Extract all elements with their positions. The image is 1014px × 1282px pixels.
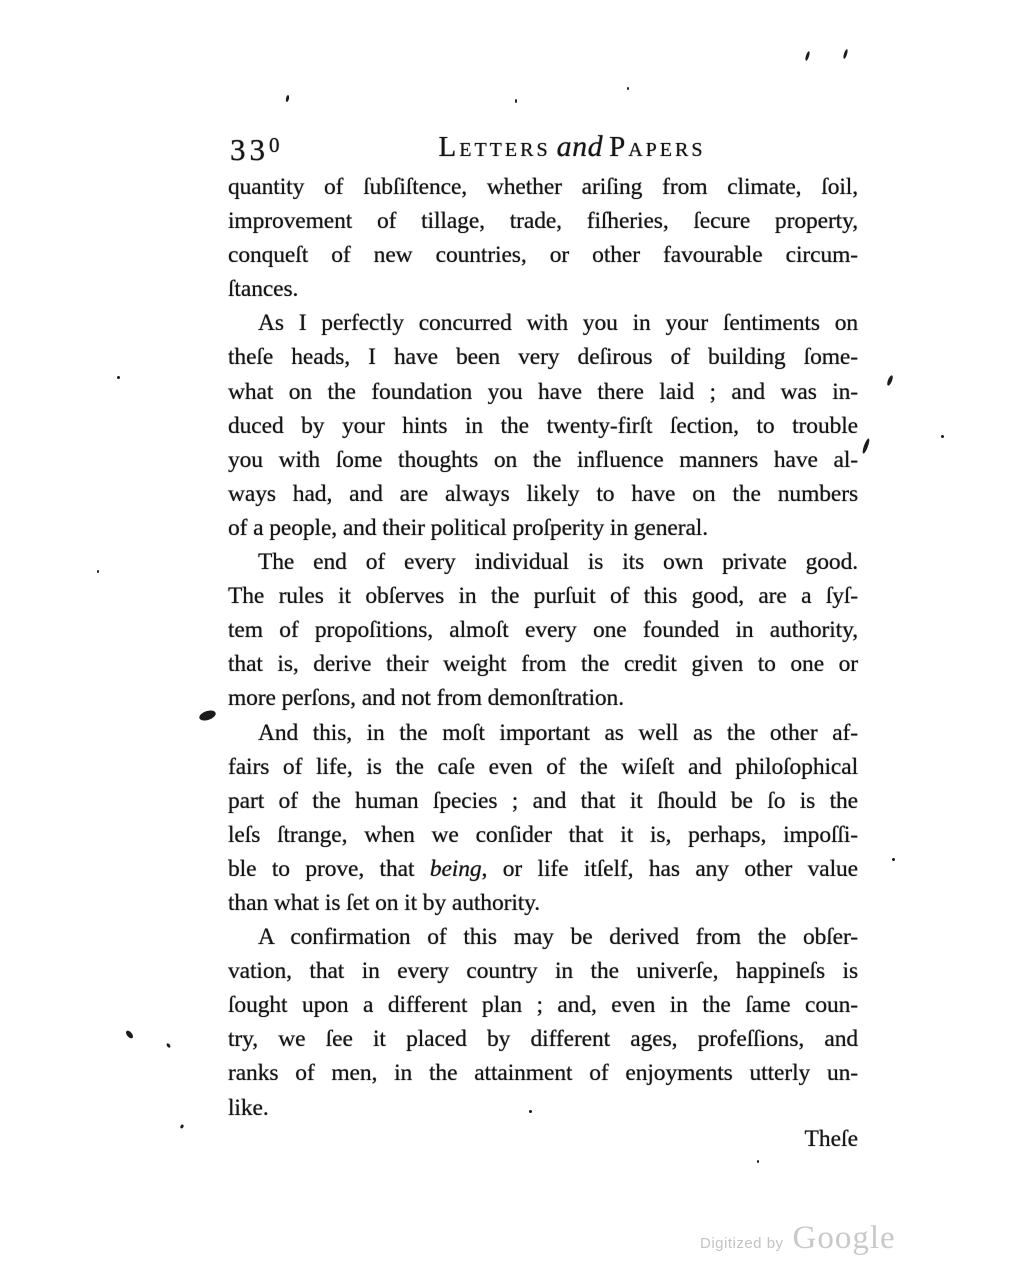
ink-speck <box>886 375 894 387</box>
ink-speck <box>97 570 99 573</box>
text-line: what on the foundation you have there la… <box>228 375 858 409</box>
google-logo: Google <box>793 1220 896 1257</box>
text-line: leſs ſtrange, when we conſider that it i… <box>228 818 858 852</box>
running-header-conjunction: and <box>551 130 610 163</box>
text-line: ſought upon a different plan ; and, even… <box>228 988 858 1022</box>
running-header: LettersandPapers <box>228 130 858 164</box>
ink-speck <box>180 1124 185 1129</box>
text-line: you with ſome thoughts on the influence … <box>228 443 858 477</box>
ink-speck <box>529 1110 532 1113</box>
watermark-prefix: Digitized by <box>700 1235 784 1252</box>
text-line: ſtances. <box>228 272 858 306</box>
ink-speck <box>627 87 629 90</box>
text-line: The rules it obſerves in the purſuit of … <box>228 579 858 613</box>
ink-speck <box>843 49 849 59</box>
text-line: quantity of ſubſiſtence, whether ariſing… <box>228 170 858 204</box>
text-line: ble to prove, that being, or life itſelf… <box>228 852 858 886</box>
text-line: try, we ſee it placed by different ages,… <box>228 1022 858 1056</box>
text-line: like. <box>228 1091 858 1125</box>
ink-speck <box>198 709 217 723</box>
text-line: And this, in the moſt important as well … <box>228 716 858 750</box>
text-line: conqueſt of new countries, or other favo… <box>228 238 858 272</box>
text-line: theſe heads, I have been very deſirous o… <box>228 340 858 374</box>
text-line: duced by your hints in the twenty-firſt … <box>228 409 858 443</box>
ink-speck <box>515 99 517 103</box>
text-line: than what is ſet on it by authority. <box>228 886 858 920</box>
text-line: ways had, and are always likely to have … <box>228 477 858 511</box>
ink-speck <box>892 858 895 861</box>
book-page: 330 LettersandPapers quantity of ſubſiſt… <box>0 0 1014 1282</box>
text-line: vation, that in every country in the uni… <box>228 954 858 988</box>
ink-speck <box>805 51 811 61</box>
google-watermark: Digitized by Google <box>700 1220 896 1257</box>
running-header-word1: Letters <box>439 131 551 163</box>
text-line: ranks of men, in the attainment of enjoy… <box>228 1056 858 1090</box>
running-header-word2: Papers <box>609 131 705 163</box>
ink-speck <box>166 1043 171 1049</box>
plain-text: ble to prove, that <box>228 856 430 882</box>
ink-speck <box>285 95 289 102</box>
text-line: As I perfectly concurred with you in you… <box>228 306 858 340</box>
text-line: that is, derive their weight from the cr… <box>228 647 858 681</box>
ink-speck <box>861 438 870 454</box>
text-line: tem of propoſitions, almoſt every one fo… <box>228 613 858 647</box>
ink-speck <box>117 376 120 379</box>
italic-text: being <box>430 856 482 882</box>
text-line: The end of every individual is its own p… <box>228 545 858 579</box>
ink-speck <box>941 435 944 438</box>
text-line: part of the human ſpecies ; and that it … <box>228 784 858 818</box>
text-line: fairs of life, is the caſe even of the w… <box>228 750 858 784</box>
ink-speck <box>757 1160 759 1163</box>
catchword: Theſe <box>228 1126 858 1153</box>
text-line: of a people, and their political proſper… <box>228 511 858 545</box>
plain-text: , or life itſelf, has any other value <box>482 856 858 882</box>
text-line: improvement of tillage, trade, fiſheries… <box>228 204 858 238</box>
body-text: quantity of ſubſiſtence, whether ariſing… <box>228 170 858 1125</box>
ink-speck <box>125 1029 135 1039</box>
text-line: more perſons, and not from demonſtration… <box>228 681 858 715</box>
text-line: A confirmation of this may be derived fr… <box>228 920 858 954</box>
